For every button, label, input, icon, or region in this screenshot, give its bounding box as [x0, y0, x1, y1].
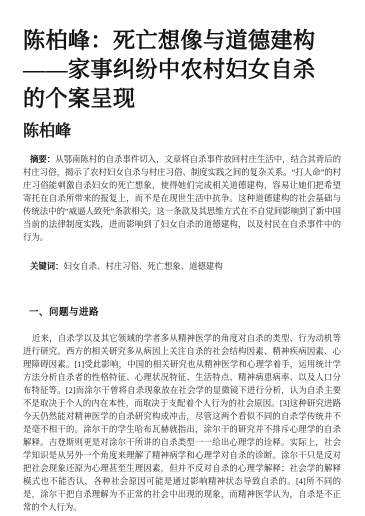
- abstract-label: 摘要：: [30, 155, 55, 164]
- keywords-text: 妇女自杀、村庄习俗、死亡想象、道德建构: [64, 262, 223, 271]
- author-name: 陈柏峰: [23, 122, 341, 142]
- body-paragraph: 近来，自杀学以及其它领域的学者多从精神医学的角度对自杀的类型、行为动机等进行研究…: [23, 332, 341, 514]
- section-heading: 一、问题与进路: [29, 307, 341, 319]
- abstract-text: 从鄂南陈村的自杀事件切入，文章将自杀事件放回村庄生活中，结合其背后的村庄习俗，揭…: [23, 155, 341, 242]
- keywords-line: 关键词：妇女自杀、村庄习俗、死亡想象、道德建构: [23, 260, 341, 273]
- abstract-paragraph: 摘要：从鄂南陈村的自杀事件切入，文章将自杀事件放回村庄生活中，结合其背后的村庄习…: [23, 153, 341, 244]
- document-page: 陈柏峰：死亡想像与道德建构 ——家事纠纷中农村妇女自杀 的个案呈现 陈柏峰 摘要…: [0, 0, 365, 516]
- paper-title: 陈柏峰：死亡想像与道德建构 ——家事纠纷中农村妇女自杀 的个案呈现: [23, 26, 341, 113]
- keywords-label: 关键词：: [30, 262, 64, 271]
